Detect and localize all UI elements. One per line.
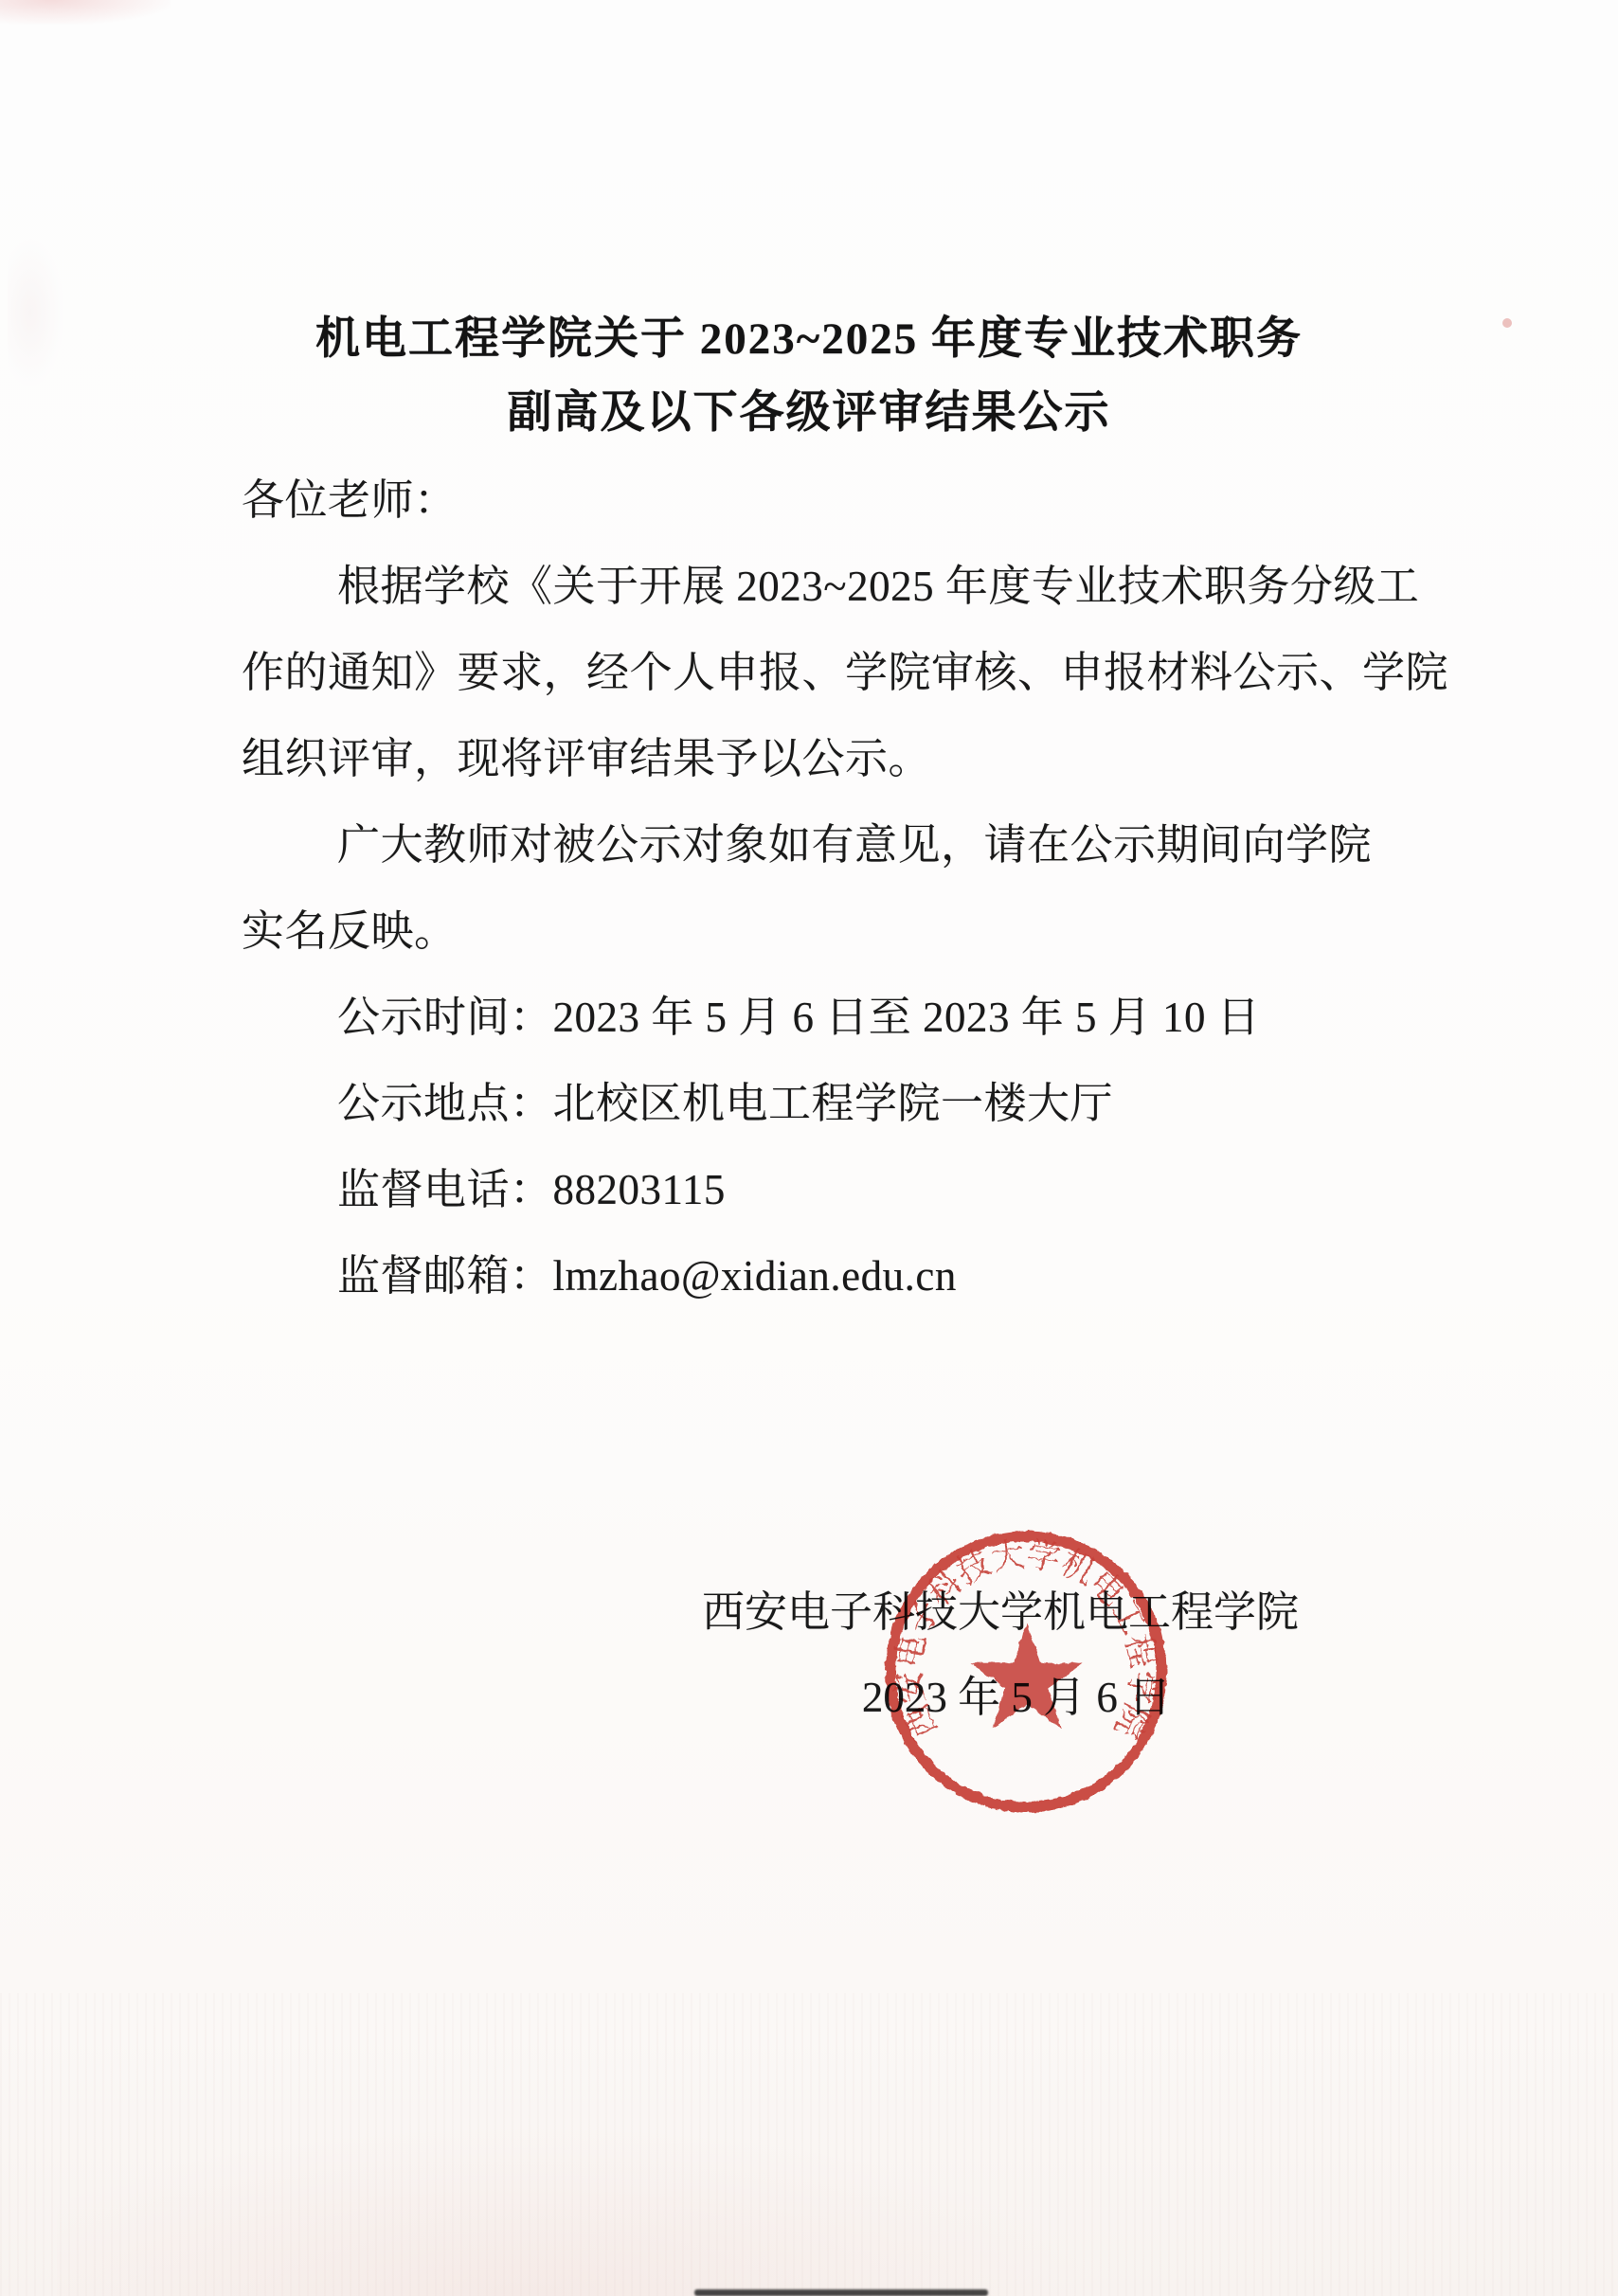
title-line-1: 机电工程学院关于 2023~2025 年度专业技术职务 — [0, 302, 1618, 376]
paragraph2-line1: 广大教师对被公示对象如有意见，请在公示期间向学院 — [242, 802, 1447, 888]
paragraph1-line1: 根据学校《关于开展 2023~2025 年度专业技术职务分级工 — [242, 544, 1447, 630]
info-time-value: 2023 年 5 月 6 日至 2023 年 5 月 10 日 — [553, 994, 1261, 1041]
info-phone-label: 监督电话： — [337, 1166, 553, 1213]
official-seal-stamp: 西安电子科技大学机电工程学院 — [865, 1511, 1187, 1833]
info-email-value: lmzhao@xidian.edu.cn — [553, 1252, 957, 1300]
document-body: 各位老师： 根据学校《关于开展 2023~2025 年度专业技术职务分级工 作的… — [242, 457, 1447, 1319]
paragraph2-line2: 实名反映。 — [242, 888, 1447, 975]
scan-edge-artifact — [694, 2289, 988, 2296]
salutation: 各位老师： — [242, 457, 1447, 544]
paper-haze — [57, 2126, 1099, 2296]
info-place-label: 公示地点： — [337, 1080, 553, 1127]
info-line-email: 监督邮箱：lmzhao@xidian.edu.cn — [242, 1233, 1447, 1319]
title-line-2: 副高及以下各级评审结果公示 — [0, 376, 1618, 450]
info-line-phone: 监督电话：88203115 — [242, 1147, 1447, 1233]
paragraph1-line2: 作的通知》要求，经个人申报、学院审核、申报材料公示、学院 — [242, 630, 1447, 716]
info-line-place: 公示地点：北校区机电工程学院一楼大厅 — [242, 1061, 1447, 1147]
ink-smudge — [0, 0, 171, 25]
document-title: 机电工程学院关于 2023~2025 年度专业技术职务 副高及以下各级评审结果公… — [0, 302, 1618, 450]
info-email-label: 监督邮箱： — [337, 1252, 553, 1300]
info-line-time: 公示时间：2023 年 5 月 6 日至 2023 年 5 月 10 日 — [242, 975, 1447, 1061]
info-place-value: 北校区机电工程学院一楼大厅 — [553, 1080, 1114, 1127]
paragraph1-line3: 组织评审，现将评审结果予以公示。 — [242, 716, 1447, 802]
info-time-label: 公示时间： — [337, 994, 553, 1041]
seal-star-icon — [971, 1623, 1083, 1729]
paper-texture — [0, 1993, 1618, 2296]
scanned-document-page: 机电工程学院关于 2023~2025 年度专业技术职务 副高及以下各级评审结果公… — [0, 0, 1618, 2296]
seal-graphic-group: 西安电子科技大学机电工程学院 — [890, 1535, 1162, 1807]
info-phone-value: 88203115 — [553, 1166, 726, 1213]
